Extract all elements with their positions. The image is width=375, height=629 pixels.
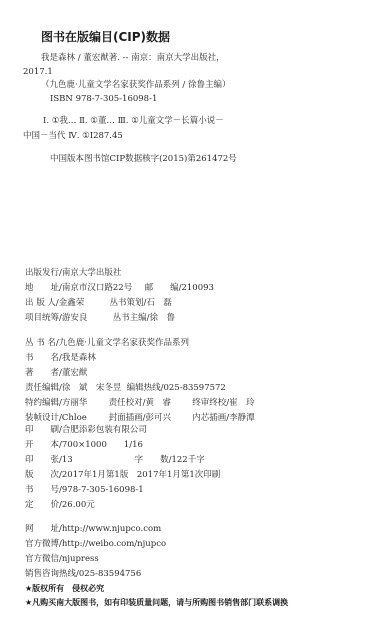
sheets-row: 印 张 / 13 字 数 / 122千字 [25,455,205,466]
website-row: 网 址 / http://www.njupco.com [25,524,161,535]
publisher-person-row: 出 版 人 / 金鑫荣 丛书策划 / 石 磊 [25,298,172,309]
address-row: 地 址 / 南京市汉口路22号 邮 编 / 210093 [25,283,214,294]
weibo-row: 官方微博 / http://weibo.com/njupco [25,539,166,550]
cip-line-1: 我是森林 / 董宏猷著. -- 南京：南京大学出版社， [41,53,225,64]
cip-title: 图书在版编目(CIP)数据 [41,30,170,44]
edition-row: 版 次 / 2017年1月第1版 2017年1月第1次印刷 [25,470,220,481]
price-row: 定 价 / 26.00元 [25,500,95,511]
editor-row: 责任编辑 / 徐 斌 宋冬昱 编辑热线 / 025-83597572 [25,383,226,394]
cip-line-6: 中国－当代 Ⅳ. ①I287.45 [23,131,123,142]
quality-notice: ★凡购买南大版图书，如有印装质量问题，请与所购图书销售部门联系调换 [25,597,288,608]
isbn-row: 书 号 / 978-7-305-16098-1 [25,485,144,496]
cip-line-5: Ⅰ. ①我… Ⅱ. ①董… Ⅲ. ①儿童文学－长篇小说－ [43,116,224,127]
series-row: 丛 书 名 / 九色鹿·儿童文学名家获奖作品系列 [25,338,189,349]
format-row: 开 本 / 700×1000 1/16 [25,440,143,451]
cip-line-2: 2017.1 [23,67,53,78]
special-editor-row: 特约编辑 / 方丽华 责任校对 / 黄 睿 终审终校 / 崔 玲 [25,398,255,409]
printer-row: 印 刷 / 合肥添彩包装有限公司 [25,425,147,436]
wechat-row: 官方微信 / njupress [25,554,99,565]
sales-hotline-row: 销售咨询热线 / 025-83594756 [25,569,141,580]
author-row: 著 者 / 董宏猷 [25,368,87,379]
copyright-notice: ★版权所有 侵权必究 [25,583,104,594]
publisher-row: 出版发行 / 南京大学出版社 [25,268,121,279]
cip-number: 中国版本图书馆CIP数据核字(2015)第261472号 [50,154,237,165]
design-row: 装帧设计 / Chloe 封面插画 / 彭可兴 内芯插画 / 李静潭 [25,413,255,424]
cip-line-4: ISBN 978-7-305-16098-1 [50,94,157,105]
project-row: 项目统筹 / 游安良 丛书主编 / 徐 鲁 [25,313,175,324]
cip-line-3: （九色鹿·儿童文学名家获奖作品系列 / 徐鲁主编） [41,80,230,91]
book-title-row: 书 名 / 我是森林 [25,353,96,364]
